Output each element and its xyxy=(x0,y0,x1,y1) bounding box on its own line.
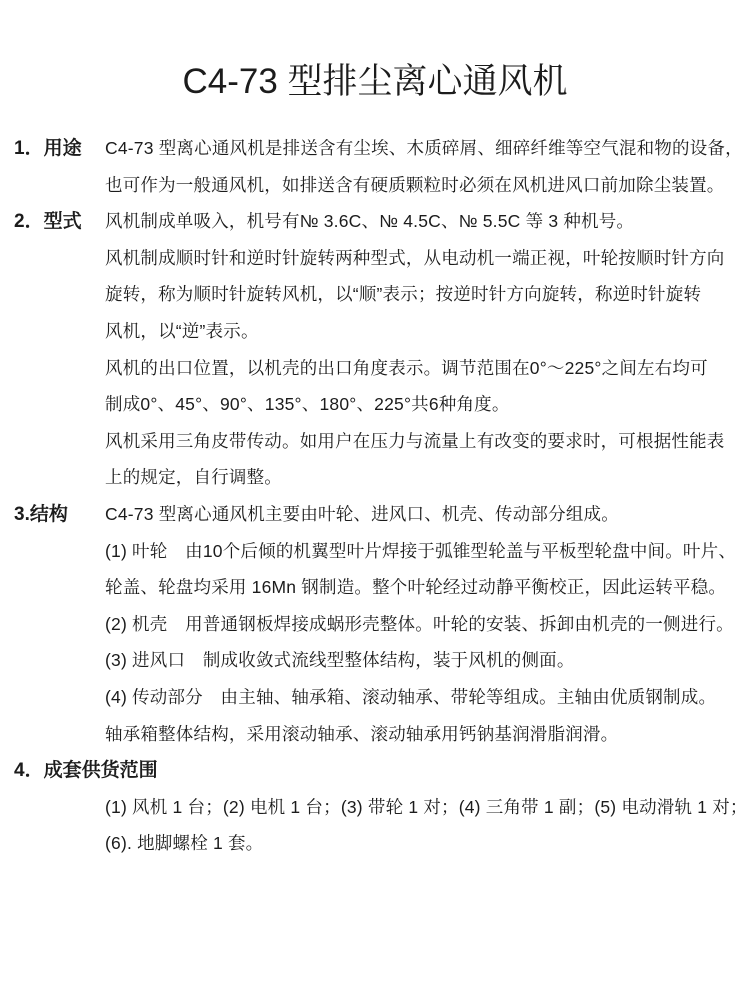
text-line: 风机采用三角皮带传动。如用户在压力与流量上有改变的要求时，可根据性能表 xyxy=(105,423,737,460)
text-line: 风机制成单吸入，机号有№ 3.6C、№ 4.5C、№ 5.5C 等 3 种机号。 xyxy=(105,203,737,240)
text-line: 轴承箱整体结构，采用滚动轴承、滚动轴承用钙钠基润滑脂润滑。 xyxy=(105,716,737,753)
document-title: C4-73 型排尘离心通风机 xyxy=(0,54,750,104)
text-line: 风机的出口位置，以机壳的出口角度表示。调节范围在0°～225°之间左右均可 xyxy=(105,350,737,387)
spacer-line xyxy=(105,752,737,789)
text-line: 风机制成顺时针和逆时针旋转两种型式，从电动机一端正视，叶轮按顺时针方向 xyxy=(105,240,737,277)
text-line: 制成0°、45°、90°、135°、180°、225°共6种角度。 xyxy=(105,386,737,423)
text-line: (4) 传动部分 由主轴、轴承箱、滚动轴承、带轮等组成。主轴由优质钢制成。 xyxy=(105,679,737,716)
document-page: C4-73 型排尘离心通风机 1．用途 2．型式 3.结构 4．成套供货范围 C… xyxy=(0,0,750,986)
text-line: 轮盖、轮盘均采用 16Mn 钢制造。整个叶轮经过动静平衡校正，因此运转平稳。 xyxy=(105,569,737,606)
text-line: C4-73 型离心通风机主要由叶轮、进风口、机壳、传动部分组成。 xyxy=(105,496,737,533)
text-line: 上的规定，自行调整。 xyxy=(105,459,737,496)
section-label-usage: 1．用途 xyxy=(14,130,82,167)
document-body: C4-73 型离心通风机是排送含有尘埃、木质碎屑、细碎纤维等空气混和物的设备， … xyxy=(105,130,737,862)
text-line: (1) 叶轮 由10个后倾的机翼型叶片焊接于弧锥型轮盖与平板型轮盘中间。叶片、 xyxy=(105,533,737,570)
section-label-type: 2．型式 xyxy=(14,203,82,240)
text-line: (1) 风机 1 台；(2) 电机 1 台；(3) 带轮 1 对；(4) 三角带… xyxy=(105,789,737,826)
text-line: C4-73 型离心通风机是排送含有尘埃、木质碎屑、细碎纤维等空气混和物的设备， xyxy=(105,130,737,167)
text-line: (2) 机壳 用普通钢板焊接成蜗形壳整体。叶轮的安装、拆卸由机壳的一侧进行。 xyxy=(105,606,737,643)
section-label-structure: 3.结构 xyxy=(14,496,68,533)
text-line: 旋转，称为顺时针旋转风机，以“顺”表示；按逆时针方向旋转，称逆时针旋转 xyxy=(105,276,737,313)
text-line: (6). 地脚螺栓 1 套。 xyxy=(105,825,737,862)
text-line: 风机，以“逆”表示。 xyxy=(105,313,737,350)
text-line: (3) 进风口 制成收敛式流线型整体结构，装于风机的侧面。 xyxy=(105,642,737,679)
text-line: 也可作为一般通风机，如排送含有硬质颗粒时必须在风机进风口前加除尘装置。 xyxy=(105,167,737,204)
